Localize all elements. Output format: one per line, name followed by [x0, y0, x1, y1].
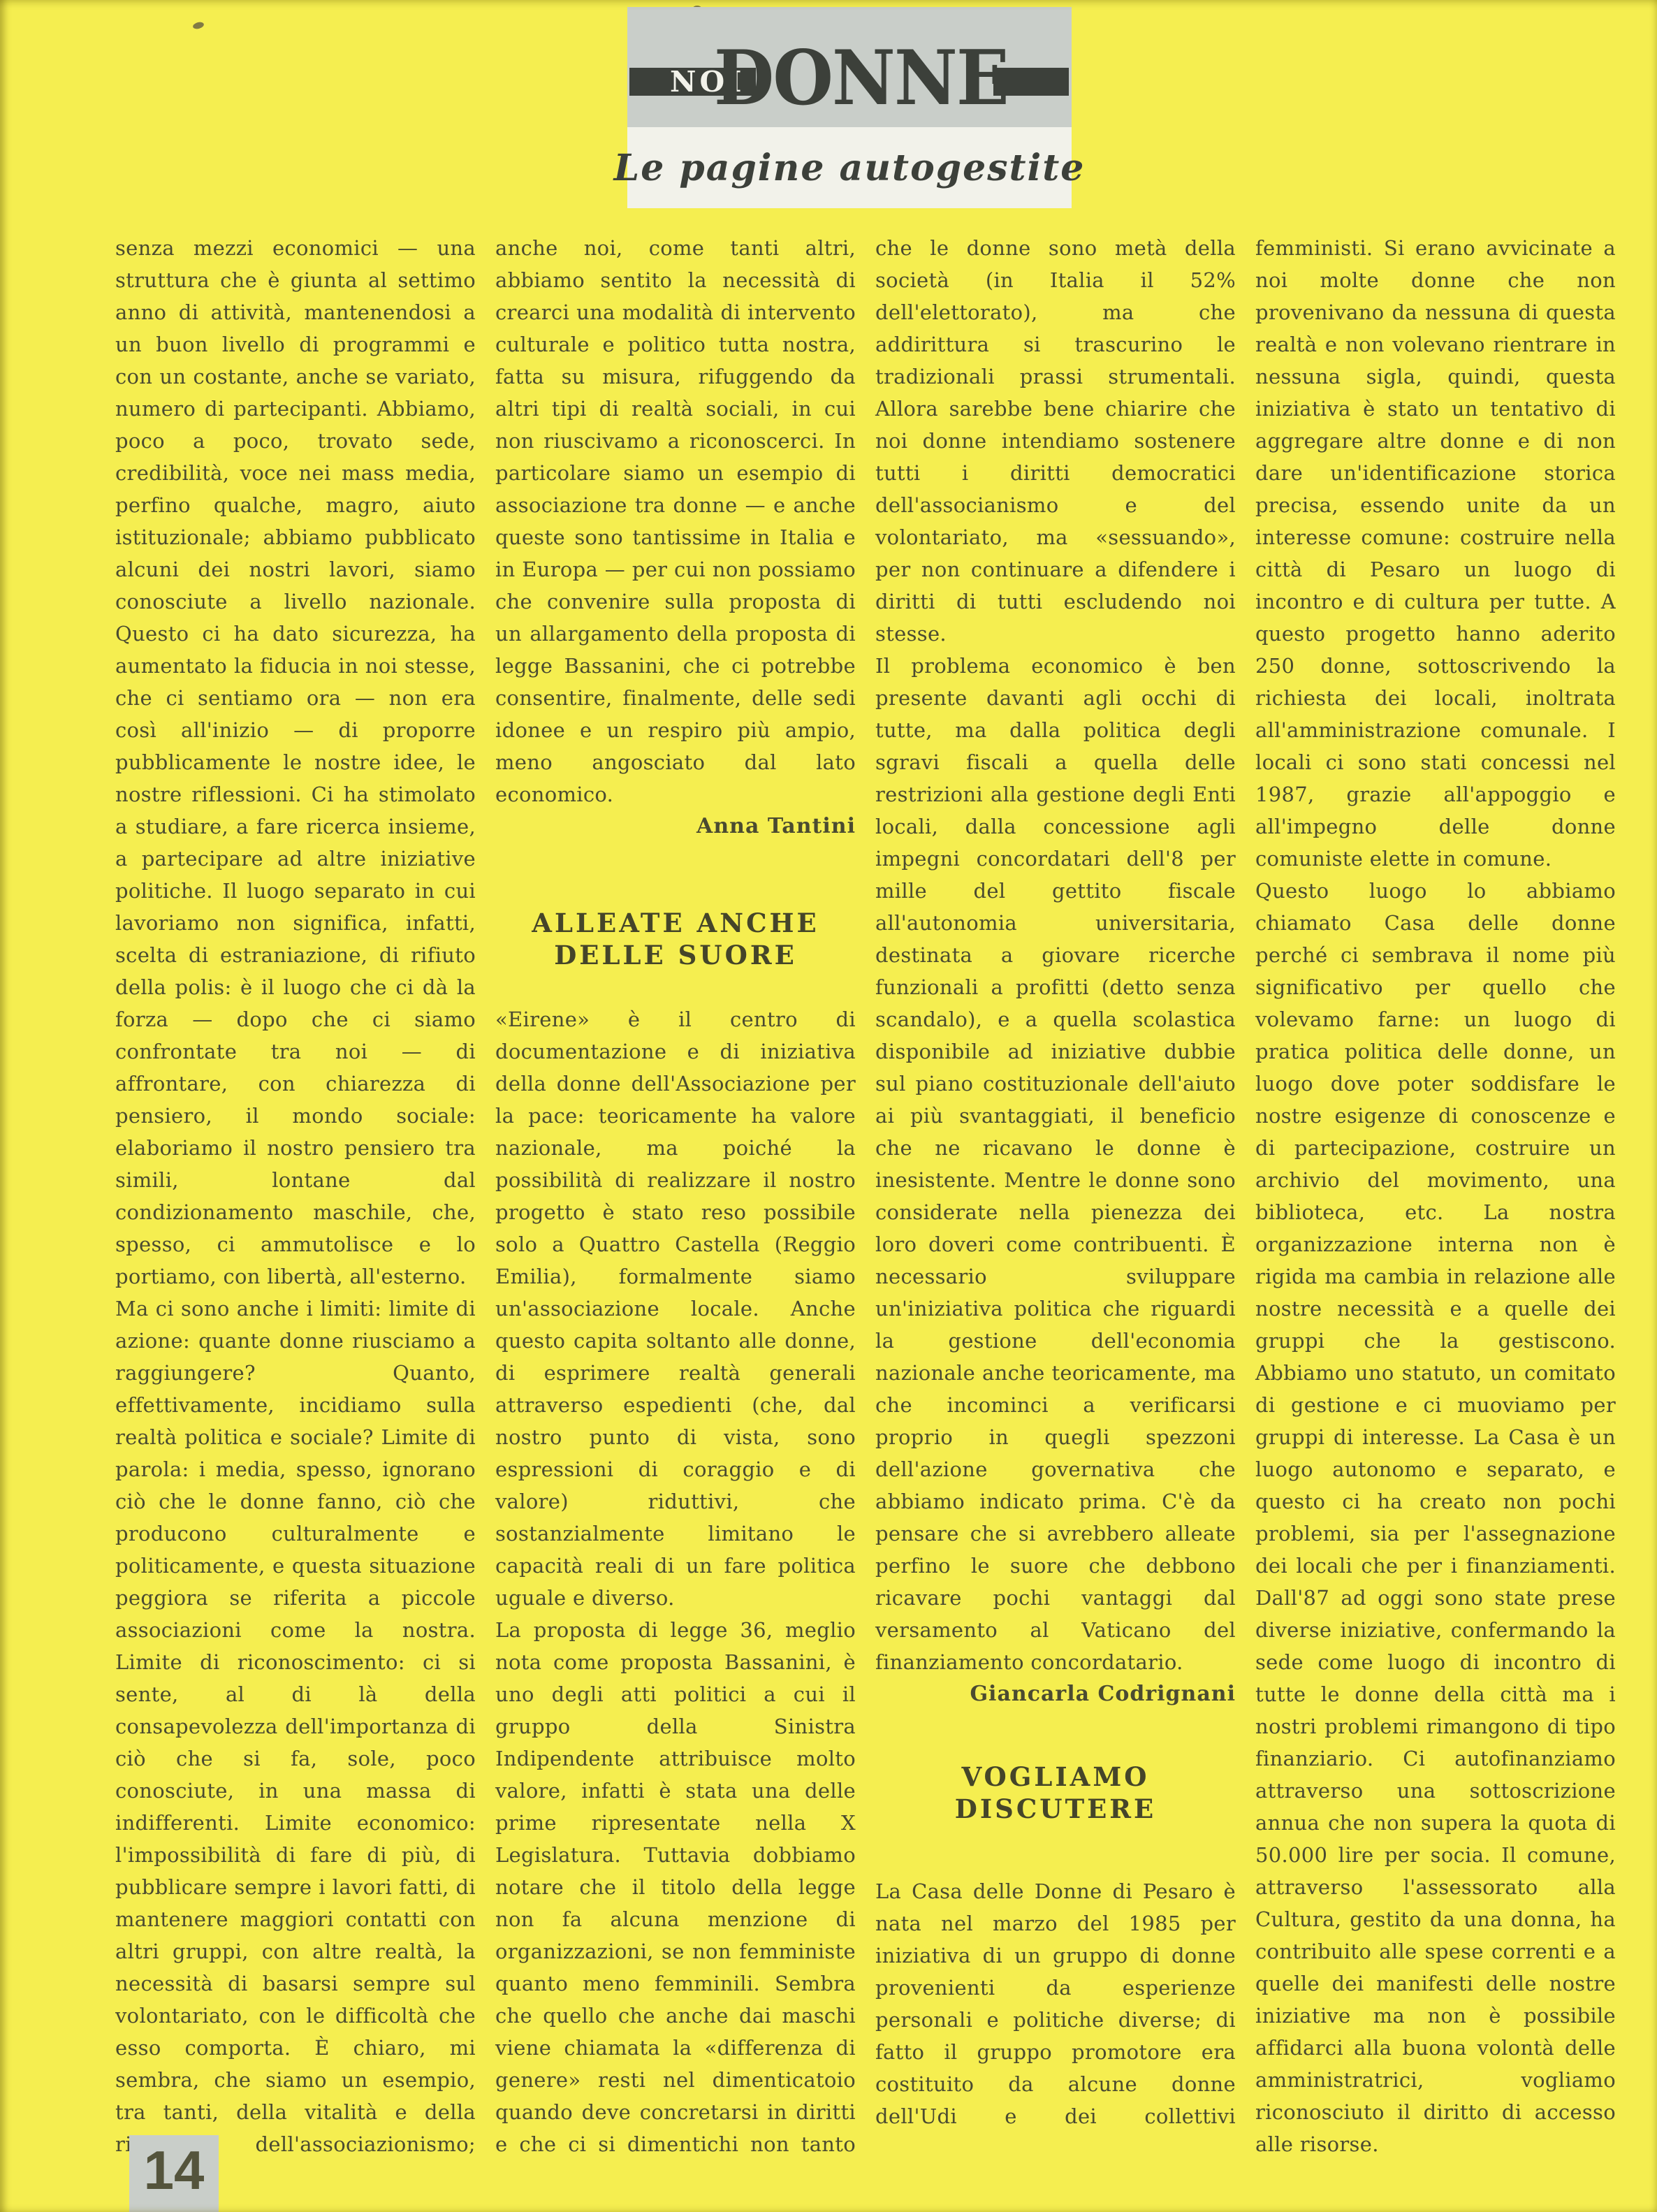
page-number: 14	[144, 2135, 205, 2205]
paragraph: Il problema economico è ben presente dav…	[875, 650, 1236, 1678]
masthead-donne-title: DONNE	[714, 29, 1008, 127]
article-columns: senza mezzi economici — una struttura ch…	[115, 232, 1616, 2160]
magazine-page: NOI DONNE Le pagine autogestite senza me…	[0, 0, 1657, 2212]
masthead-right-bar	[993, 68, 1069, 96]
ink-smudge	[192, 21, 205, 30]
heading-line: DELLE SUORE	[554, 940, 797, 970]
article-heading: VOGLIAMO DISCUTERE	[875, 1761, 1236, 1825]
author-signature: Giancarla Codrignani	[875, 1678, 1236, 1710]
paragraph: Questo luogo lo abbiamo chiamato Casa de…	[1255, 875, 1616, 2160]
author-signature: Anna Tantini	[495, 810, 856, 843]
article-heading: ALLEATE ANCHE DELLE SUORE	[495, 907, 856, 971]
masthead: NOI DONNE	[627, 7, 1072, 127]
paragraph: senza mezzi economici — una struttura ch…	[115, 232, 476, 1293]
tagline-strip: Le pagine autogestite	[627, 127, 1072, 208]
tagline: Le pagine autogestite	[614, 147, 1086, 189]
page-number-badge: 14	[129, 2135, 219, 2212]
heading-line: ALLEATE ANCHE	[532, 908, 819, 938]
paragraph: «Eirene» è il centro di documentazione e…	[495, 1003, 856, 1614]
